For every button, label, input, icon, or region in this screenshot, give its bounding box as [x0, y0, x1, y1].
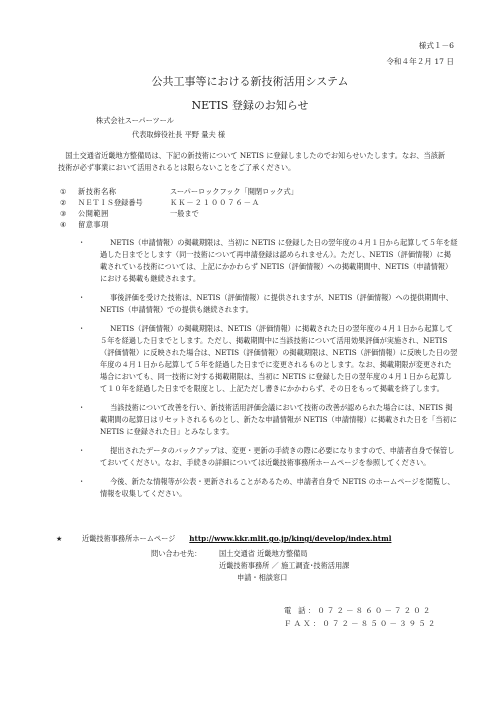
note-item: ・ 事後評価を受けた技術は、NETIS（評価情報）に提供されますが、NETIS（…	[78, 292, 458, 316]
bullet-icon: ・	[78, 402, 85, 414]
note-item: ・ 提出されたデータのバックアップは、変更・更新の手続きの際に必要になりますので…	[78, 445, 458, 469]
item-number: ①	[60, 186, 78, 197]
form-number: 様式１－6	[419, 40, 454, 51]
star-icon: ★	[56, 534, 82, 544]
contact-label: 問い合わせ先：	[151, 548, 219, 560]
homepage-link[interactable]: http://www.kkr.mlit.go.jp/kingi/develop/…	[189, 534, 391, 544]
item-number: ②	[60, 197, 78, 208]
item-label: 留意事項	[78, 219, 170, 230]
bullet-icon: ・	[78, 323, 85, 335]
bullet-icon: ・	[78, 292, 85, 304]
item-number: ④	[60, 219, 78, 230]
item-tech-name: ① 新技術名称 スーパーロックフック「開閉ロック式」	[60, 186, 298, 197]
note-text: 事後評価を受けた技術は、NETIS（評価情報）に提供されますが、NETIS（評価…	[100, 292, 458, 316]
registration-items: ① 新技術名称 スーパーロックフック「開閉ロック式」 ② ＮＥＴＩＳ登録番号 Ｋ…	[60, 186, 298, 230]
bullet-icon: ・	[78, 445, 85, 457]
item-number: ③	[60, 208, 78, 219]
note-item: ・ NETIS（申請情報）の掲載期限は、当初に NETIS に登録した日の翌年度…	[78, 237, 458, 285]
item-value: 一般まで	[170, 208, 199, 219]
item-label: 新技術名称	[78, 186, 170, 197]
recipient-company: 株式会社スーパーツール	[96, 116, 174, 126]
homepage-line: ★ 近畿技術事務所ホームページ http://www.kkr.mlit.go.j…	[56, 534, 391, 544]
contact-desk: 申請・相談窓口	[237, 572, 287, 584]
contact-office: 近畿技術事務所 ／ 施工調査･技術活用課	[219, 560, 349, 572]
bullet-icon: ・	[78, 476, 85, 488]
item-value: ＫＫ－２１００７６－Ａ	[170, 197, 260, 208]
item-value: スーパーロックフック「開閉ロック式」	[170, 186, 298, 197]
issue-date: 令和４年２月 17 日	[386, 56, 454, 67]
bullet-icon: ・	[78, 237, 85, 249]
item-label: 公開範囲	[78, 208, 170, 219]
document-title: 公共工事等における新技術活用システム	[0, 73, 500, 89]
intro-paragraph: 国土交通省近畿地方整備局は、下記の新技術について NETIS に登録しましたので…	[58, 150, 448, 174]
contact-phone-block: 電 話：０７２－８６０－７２０２ ＦＡＸ：０７２－８５０－３９５２	[284, 604, 437, 630]
phone-number: 電 話：０７２－８６０－７２０２	[284, 604, 437, 617]
note-text: 提出されたデータのバックアップは、変更・更新の手続きの際に必要になりますので、申…	[100, 445, 458, 469]
item-label: ＮＥＴＩＳ登録番号	[78, 197, 170, 208]
recipient-representative: 代表取締役社長 平野 量夫 様	[132, 130, 225, 140]
contact-org: 国土交通省 近畿地方整備局	[219, 548, 308, 560]
note-text: NETIS（評価情報）の掲載期限は、NETIS（評価情報）に掲載された日の翌年度…	[100, 323, 458, 395]
homepage-label: 近畿技術事務所ホームページ	[82, 534, 175, 544]
item-notes-heading: ④ 留意事項	[60, 219, 298, 230]
note-item: ・ NETIS（評価情報）の掲載期限は、NETIS（評価情報）に掲載された日の翌…	[78, 323, 458, 395]
note-item: ・ 当該技術について改善を行い、新技術活用評価会議において技術の改善が認められた…	[78, 402, 458, 438]
note-text: NETIS（申請情報）の掲載期限は、当初に NETIS に登録した日の翌年度の４…	[100, 237, 458, 285]
fax-number: ＦＡＸ：０７２－８５０－３９５２	[284, 617, 437, 630]
document-subtitle: NETIS 登録のお知らせ	[0, 97, 500, 113]
notes-list: ・ NETIS（申請情報）の掲載期限は、当初に NETIS に登録した日の翌年度…	[78, 237, 458, 507]
item-netis-number: ② ＮＥＴＩＳ登録番号 ＫＫ－２１００７６－Ａ	[60, 197, 298, 208]
note-text: 当該技術について改善を行い、新技術活用評価会議において技術の改善が認められた場合…	[100, 402, 458, 438]
note-text: 今後、新たな情報等が公表・更新されることがあるため、申請者自身で NETIS の…	[100, 476, 458, 500]
contact-block: 問い合わせ先： 国土交通省 近畿地方整備局 近畿技術事務所 ／ 施工調査･技術活…	[151, 548, 349, 584]
note-item: ・ 今後、新たな情報等が公表・更新されることがあるため、申請者自身で NETIS…	[78, 476, 458, 500]
item-disclosure-scope: ③ 公開範囲 一般まで	[60, 208, 298, 219]
